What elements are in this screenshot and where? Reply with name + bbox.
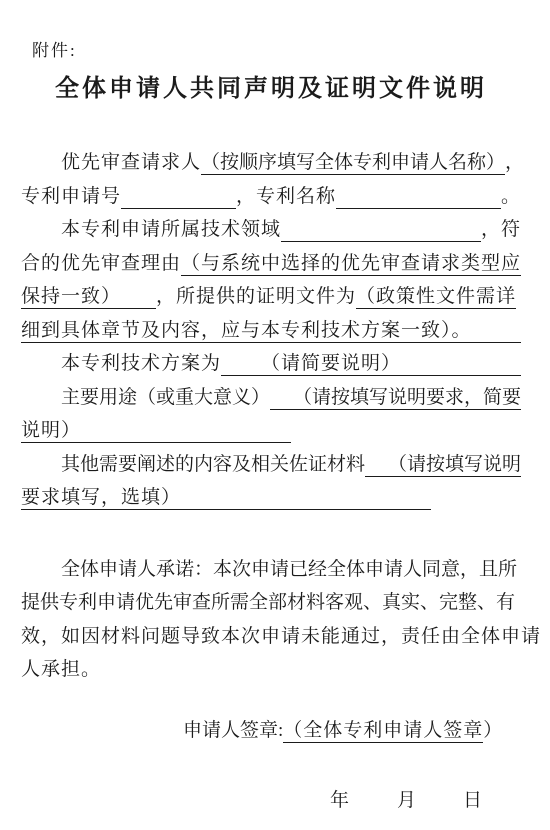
text-segment: ， [505,152,525,174]
form-line: 申请人签章:（全体专利申请人签章） [21,717,521,751]
text-segment: 要求填写，选填） [21,487,181,510]
text-segment: 主要用途（或重大意义） [61,387,270,409]
form-line: 本专利技术方案为（请简要说明） [21,350,521,384]
text-segment: 合的优先审查理由 [21,253,181,275]
form-line: 年月日 [21,787,521,809]
fill-in-blank [401,353,521,376]
text-segment: （政策性文件需详 [356,286,516,309]
form-body-section: 优先审查请求人（按顺序填写全体专利申请人名称），专利申请号，专利名称。本专利申请… [21,149,521,518]
day-label: 日 [463,790,483,812]
text-segment: 其他需要阐述的内容及相关佐证材料 [61,454,365,476]
fill-in-blank [336,186,501,209]
form-line: 细到具体章节及内容，应与本专利技术方案一致）。 [21,317,521,351]
fill-in-blank [281,219,481,242]
form-line: 主要用途（或重大意义）（请按填写说明要求，简要 [21,384,521,418]
spacer [417,790,463,812]
text-segment: （请按填写说明 [388,454,521,477]
spacer [21,720,183,742]
document-title: 全体申请人共同声明及证明文件说明 [21,74,521,104]
text-segment: （与系统中选择的优先审查请求类型应 [181,253,521,276]
text-segment: 保持一致） [21,286,121,309]
fill-in-blank [365,454,388,477]
fill-in-blank [121,286,156,309]
form-line: 要求填写，选填） [21,484,521,518]
form-line: 合的优先审查理由（与系统中选择的优先审查请求类型应 [21,250,521,284]
form-line: 全体申请人承诺：本次申请已经全体申请人同意，且所 [21,556,521,590]
fill-in-blank [81,420,291,443]
text-segment: 说明） [21,420,81,443]
month-label: 月 [397,790,417,812]
spacer [21,790,330,812]
form-line: 专利申请号，专利名称。 [21,183,521,217]
text-segment: 人承担。 [21,659,101,681]
fill-in-blank [121,186,236,209]
text-segment: ，所提供的证明文件为 [156,286,356,308]
year-label: 年 [330,790,350,812]
form-line: 提供专利申请优先审查所需全部材料客观、真实、完整、有 [21,589,521,623]
text-segment: 专利申请号 [21,186,121,208]
form-line: 本专利申请所属技术领域，符 [21,216,521,250]
document-page: 附件: 全体申请人共同声明及证明文件说明 优先审查请求人（按顺序填写全体专利申请… [0,0,550,830]
fill-in-blank [181,487,431,510]
spacer [350,790,397,812]
attachment-label: 附件: [32,42,521,60]
text-segment: （请简要说明） [261,353,401,376]
text-segment: 本专利申请所属技术领域 [61,219,281,241]
signature-section: 申请人签章:（全体专利申请人签章） [21,717,521,751]
fill-in-blank [472,320,521,343]
text-segment: （请按填写说明要求，简要 [293,387,521,410]
form-line: 说明） [21,417,521,451]
text-segment: 提供专利申请优先审查所需全部材料客观、真实、完整、有 [21,592,515,614]
date-section: 年月日 [21,787,521,809]
form-line: 保持一致），所提供的证明文件为（政策性文件需详 [21,283,521,317]
signature-closing-paren: ） [483,720,503,742]
text-segment: 本专利技术方案为 [61,353,221,375]
signature-label: 申请人签章: [183,720,283,742]
text-segment: ，专利名称 [236,186,336,208]
text-segment: （按顺序填写全体专利申请人名称） [201,152,505,175]
form-line: 优先审查请求人（按顺序填写全体专利申请人名称）， [21,149,521,183]
document-content: 附件: 全体申请人共同声明及证明文件说明 优先审查请求人（按顺序填写全体专利申请… [21,42,521,809]
text-segment: 全体申请人承诺：本次申请已经全体申请人同意，且所 [61,559,517,581]
text-segment: 。 [501,186,521,208]
signature-blank: （全体专利申请人签章 [283,720,483,743]
form-line: 其他需要阐述的内容及相关佐证材料（请按填写说明 [21,451,521,485]
text-segment: ，符 [481,219,521,241]
applicants-promise-section: 全体申请人承诺：本次申请已经全体申请人同意，且所提供专利申请优先审查所需全部材料… [21,556,521,690]
fill-in-blank [270,387,293,410]
fill-in-blank [221,353,261,376]
text-segment: 效，如因材料问题导致本次申请未能通过，责任由全体申请 [21,626,541,648]
form-line: 效，如因材料问题导致本次申请未能通过，责任由全体申请 [21,623,521,657]
form-line: 人承担。 [21,656,521,690]
text-segment: 优先审查请求人 [61,152,201,174]
text-segment: 细到具体章节及内容，应与本专利技术方案一致）。 [21,320,472,343]
